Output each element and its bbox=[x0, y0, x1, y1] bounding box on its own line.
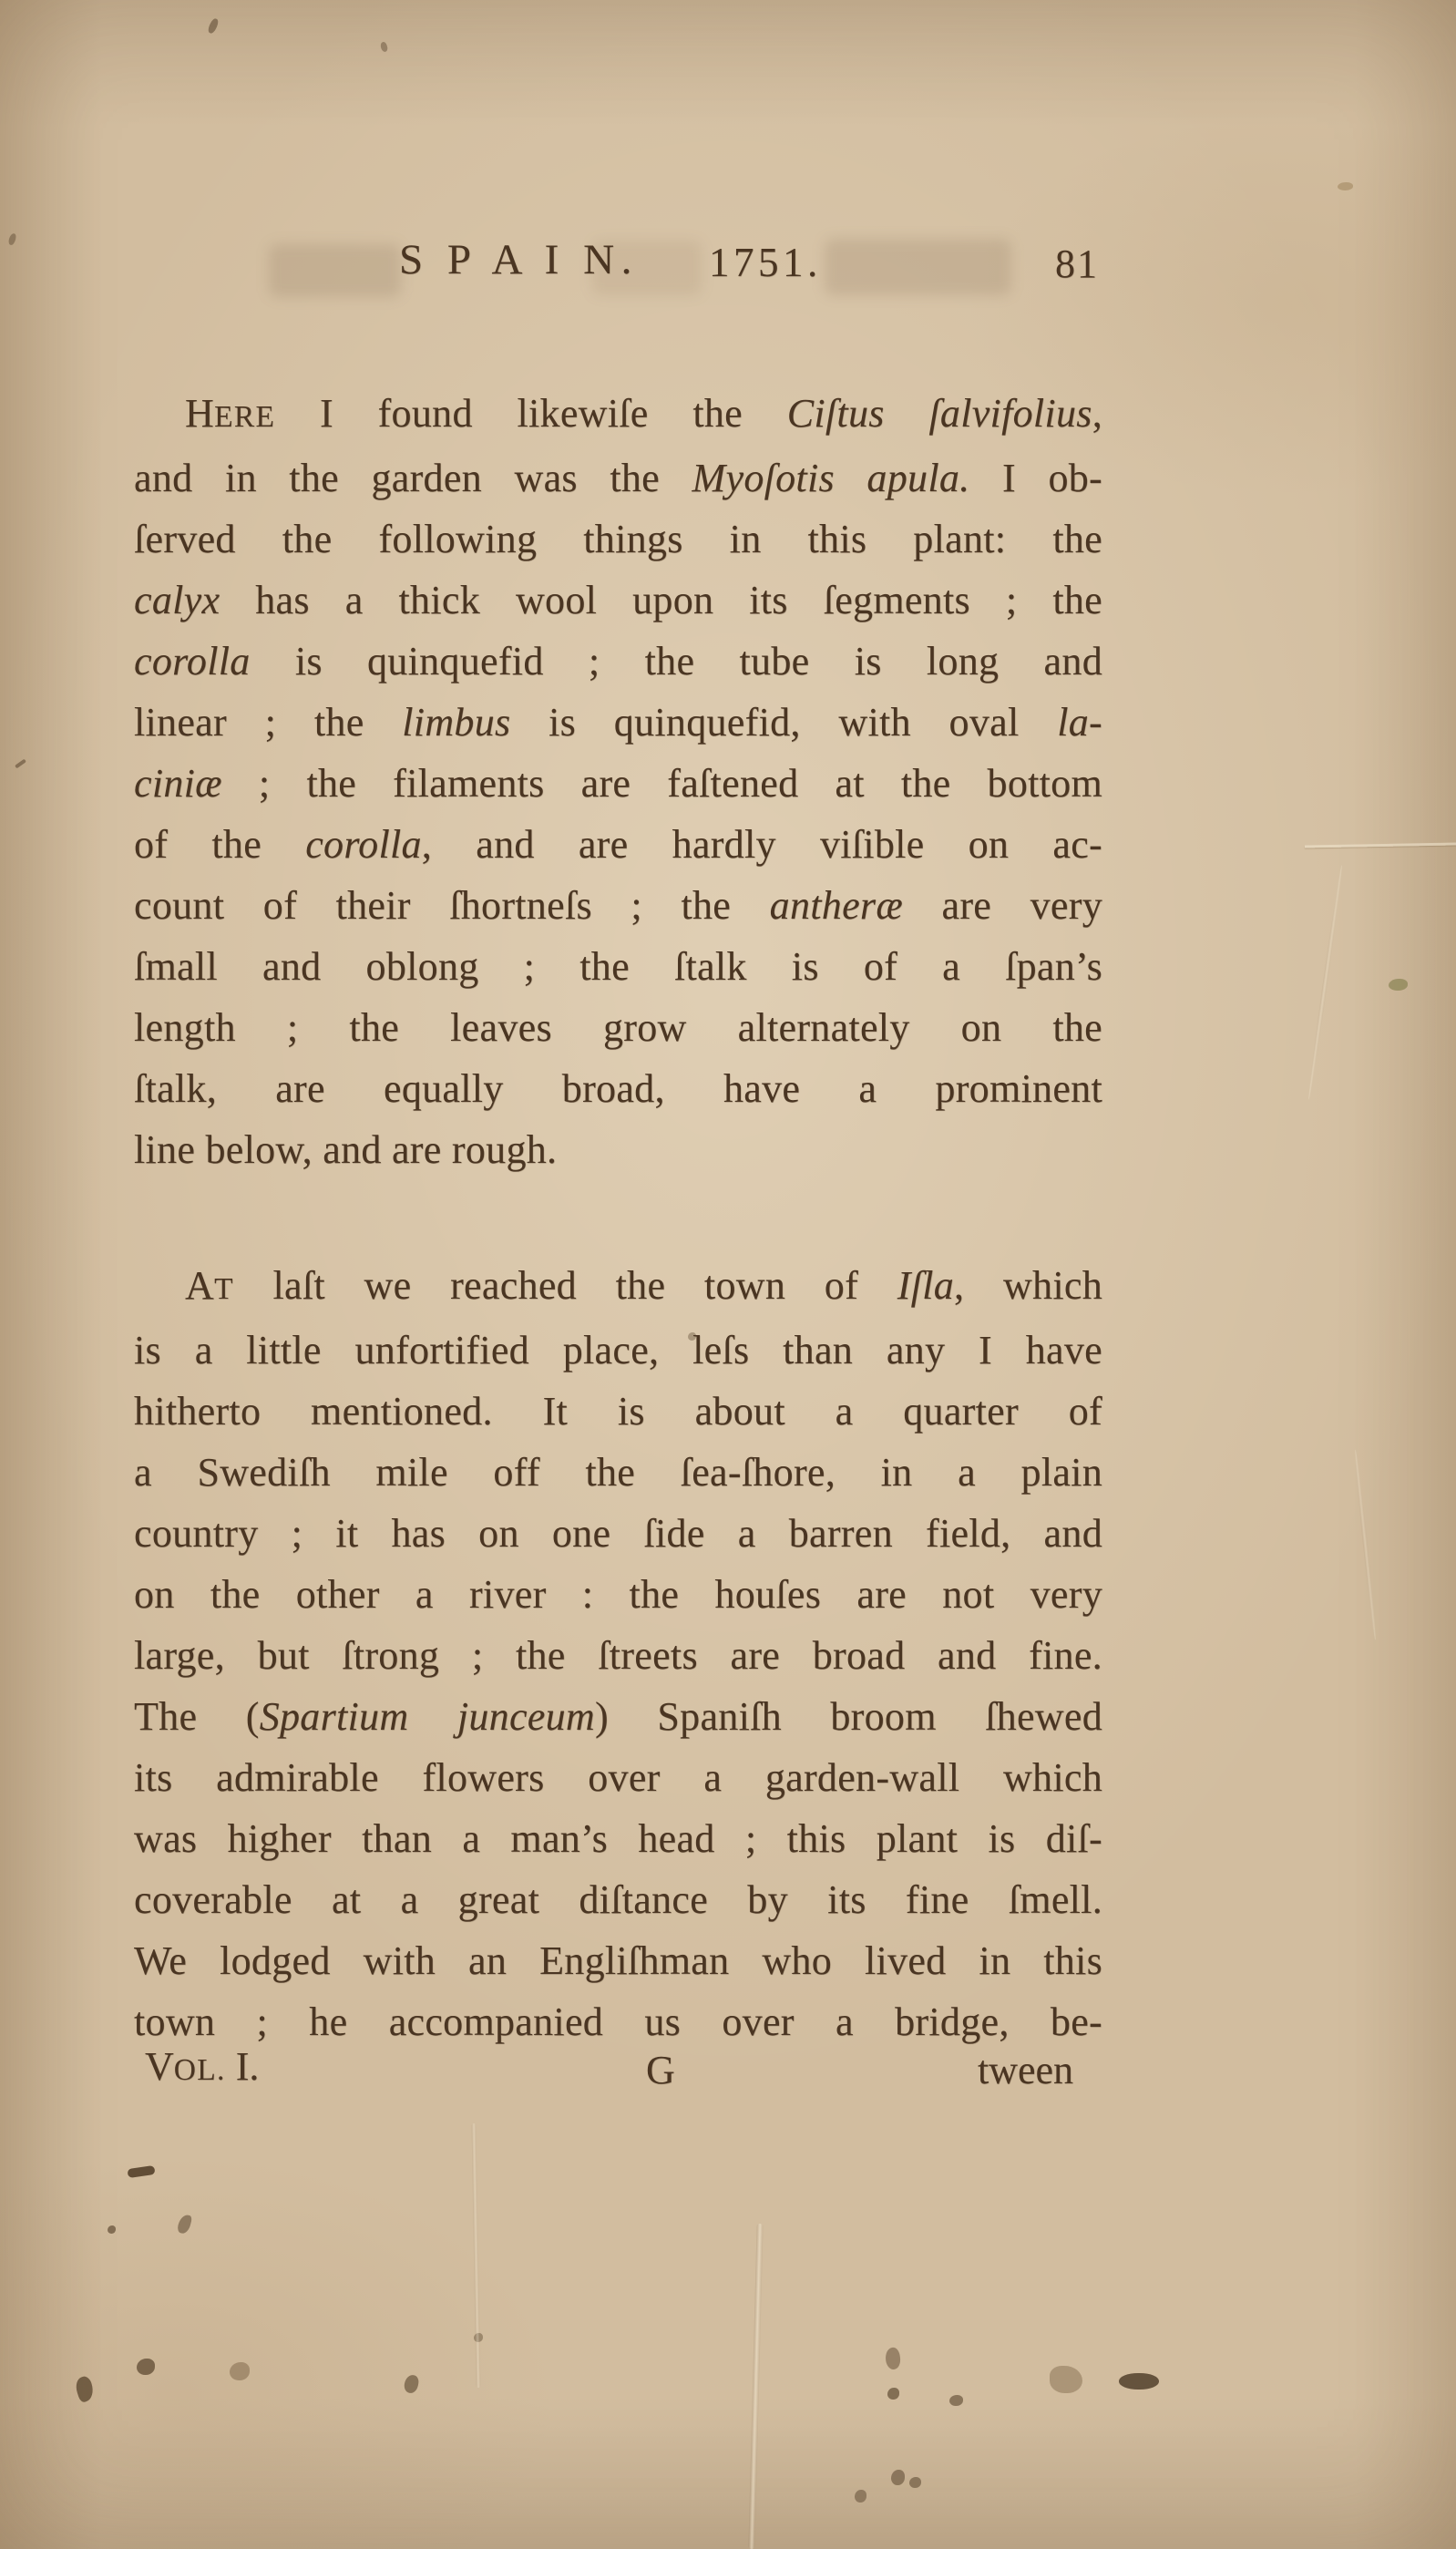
text-line: linear ; the limbus is quinquefid, with … bbox=[134, 692, 1102, 753]
italic-text-run: Myoſotis apula. bbox=[692, 456, 970, 500]
text-run: , and are hardly viſible on ac- bbox=[422, 822, 1102, 867]
paper-crease bbox=[1353, 1449, 1378, 1639]
ink-spot bbox=[230, 2362, 250, 2380]
text-run: , bbox=[1092, 391, 1102, 436]
smallcaps-text-run: T bbox=[214, 1272, 234, 1306]
paragraph: AT laſt we reached the town of Iſla, whi… bbox=[134, 1255, 1102, 2052]
text-line: and in the garden was the Myoſotis apula… bbox=[134, 447, 1102, 509]
text-run: V bbox=[145, 2044, 174, 2089]
text-run: line below, and are rough. bbox=[134, 1127, 557, 1172]
text-run: and in the garden was the bbox=[134, 456, 692, 500]
page-text: HERE I found likewiſe the Ciſtus ſalvifo… bbox=[134, 383, 1102, 2052]
text-run: ſmall and oblong ; the ſtalk is of a ſpa… bbox=[134, 944, 1102, 989]
text-run: has a thick wool upon its ſegments ; the bbox=[220, 578, 1102, 622]
text-run: I ob- bbox=[969, 456, 1102, 500]
ink-spot bbox=[177, 2214, 193, 2236]
text-line: of the corolla, and are hardly viſible o… bbox=[134, 814, 1102, 875]
ink-spot bbox=[909, 2477, 921, 2488]
text-line: ciniæ ; the filaments are faſtened at th… bbox=[134, 753, 1102, 814]
ink-spot bbox=[403, 2374, 419, 2394]
paper-crease bbox=[1307, 865, 1344, 1100]
text-line: is a little unfortified place, leſs than… bbox=[134, 1320, 1102, 1381]
text-run: linear ; the bbox=[134, 700, 402, 745]
ink-spot bbox=[884, 2347, 901, 2370]
paper-crease bbox=[748, 2224, 763, 2549]
ink-spot bbox=[688, 1332, 696, 1341]
paper-crease bbox=[471, 2123, 480, 2388]
text-line: its admirable flowers over a garden-wall… bbox=[134, 1747, 1102, 1808]
text-run: hitherto mentioned. It is about a quarte… bbox=[134, 1389, 1102, 1434]
text-line: ſerved the following things in this plan… bbox=[134, 509, 1102, 570]
text-line: The (Spartium junceum) Spaniſh broom ſhe… bbox=[134, 1686, 1102, 1747]
running-head-year: 1751. bbox=[709, 239, 822, 286]
text-run: is quinquefid ; the tube is long and bbox=[251, 639, 1102, 684]
text-line: AT laſt we reached the town of Iſla, whi… bbox=[134, 1255, 1102, 1320]
paper-scratch bbox=[1305, 843, 1456, 848]
ink-spot bbox=[1119, 2373, 1159, 2390]
text-line: corolla is quinquefid ; the tube is long… bbox=[134, 631, 1102, 692]
text-run: length ; the leaves grow alternately on … bbox=[134, 1005, 1102, 1050]
text-run: laſt we reached the town of bbox=[234, 1263, 897, 1308]
ink-spot bbox=[15, 759, 26, 769]
text-line: was higher than a man’s head ; this plan… bbox=[134, 1808, 1102, 1869]
text-run: ; the filaments are faſtened at the bott… bbox=[222, 761, 1102, 806]
text-line: length ; the leaves grow alternately on … bbox=[134, 997, 1102, 1058]
text-run: ſtalk, are equally broad, have a promine… bbox=[134, 1066, 1102, 1111]
italic-text-run: ciniæ bbox=[134, 761, 222, 806]
signature-mark: G bbox=[646, 2047, 675, 2093]
text-line: calyx has a thick wool upon its ſegments… bbox=[134, 570, 1102, 631]
text-run: large, but ſtrong ; the ſtreets are broa… bbox=[134, 1633, 1102, 1678]
text-run: was higher than a man’s head ; this plan… bbox=[134, 1816, 1102, 1861]
ink-spot bbox=[949, 2395, 963, 2406]
text-run: The ( bbox=[134, 1694, 260, 1739]
text-run: is a little unfortified place, leſs than… bbox=[134, 1328, 1102, 1372]
smallcaps-text-run: ERE bbox=[214, 400, 275, 434]
text-run: ſerved the following things in this plan… bbox=[134, 517, 1102, 561]
text-run: its admirable flowers over a garden-wall… bbox=[134, 1755, 1102, 1800]
volume-label: VOL. I. bbox=[145, 2043, 259, 2090]
text-line: large, but ſtrong ; the ſtreets are broa… bbox=[134, 1625, 1102, 1686]
ink-spot bbox=[379, 41, 388, 53]
text-line: count of their ſhortneſs ; the antheræ a… bbox=[134, 875, 1102, 936]
page-header: S P A I N. 1751. 81 bbox=[0, 235, 1456, 293]
text-run: ) Spaniſh broom ſhewed bbox=[595, 1694, 1102, 1739]
text-run: town ; he accompanied us over a bridge, … bbox=[134, 1999, 1102, 2044]
book-page: S P A I N. 1751. 81 HERE I found likewiſ… bbox=[0, 0, 1456, 2549]
text-run: H bbox=[185, 391, 214, 436]
text-line: line below, and are rough. bbox=[134, 1119, 1102, 1180]
italic-text-run: Spartium junceum bbox=[260, 1694, 595, 1739]
text-run: of the bbox=[134, 822, 305, 867]
ink-spot bbox=[887, 2388, 899, 2400]
text-run: are very bbox=[903, 883, 1102, 928]
paragraph: HERE I found likewiſe the Ciſtus ſalvifo… bbox=[134, 383, 1102, 1180]
italic-text-run: corolla bbox=[305, 822, 422, 867]
text-run: count of their ſhortneſs ; the bbox=[134, 883, 770, 928]
ink-spot bbox=[127, 2165, 155, 2178]
ink-spot bbox=[1338, 182, 1353, 190]
text-line: ſtalk, are equally broad, have a promine… bbox=[134, 1058, 1102, 1119]
text-run: I. bbox=[226, 2044, 260, 2089]
ink-spot bbox=[73, 2375, 96, 2403]
italic-text-run: antheræ bbox=[770, 883, 903, 928]
ink-spot bbox=[855, 2490, 866, 2503]
ink-spot bbox=[207, 17, 220, 35]
italic-text-run: la- bbox=[1057, 700, 1102, 745]
italic-text-run: corolla bbox=[134, 639, 251, 684]
ink-spot bbox=[108, 2225, 116, 2234]
text-line: hitherto mentioned. It is about a quarte… bbox=[134, 1381, 1102, 1442]
ink-spot bbox=[137, 2359, 155, 2375]
text-line: a Swediſh mile off the ſea-ſhore, in a p… bbox=[134, 1442, 1102, 1503]
running-title: S P A I N. bbox=[399, 235, 639, 284]
text-run: is quinquefid, with oval bbox=[510, 700, 1057, 745]
text-run: , which bbox=[954, 1263, 1102, 1308]
ink-spot bbox=[1389, 979, 1408, 991]
smallcaps-text-run: OL. bbox=[174, 2053, 226, 2087]
text-run: coverable at a great diſtance by its fin… bbox=[134, 1877, 1102, 1922]
text-run: a Swediſh mile off the ſea-ſhore, in a p… bbox=[134, 1450, 1102, 1495]
italic-text-run: calyx bbox=[134, 578, 220, 622]
catchword: tween bbox=[978, 2047, 1073, 2093]
text-run: country ; it has on one ſide a barren fi… bbox=[134, 1511, 1102, 1556]
italic-text-run: Ciſtus ſalvifolius bbox=[787, 391, 1092, 436]
page-number: 81 bbox=[1055, 241, 1099, 287]
text-line: country ; it has on one ſide a barren fi… bbox=[134, 1503, 1102, 1564]
page-footer: VOL. I. G tween bbox=[134, 2043, 1102, 2107]
text-run: I found likewiſe the bbox=[275, 391, 787, 436]
ink-spot bbox=[891, 2470, 905, 2485]
italic-text-run: limbus bbox=[402, 700, 510, 745]
italic-text-run: Iſla bbox=[897, 1263, 954, 1308]
text-line: on the other a river : the houſes are no… bbox=[134, 1564, 1102, 1625]
text-line: coverable at a great diſtance by its fin… bbox=[134, 1869, 1102, 1930]
text-run: We lodged with an Engliſhman who lived i… bbox=[134, 1938, 1102, 1983]
text-run: A bbox=[185, 1263, 214, 1308]
text-line: HERE I found likewiſe the Ciſtus ſalvifo… bbox=[134, 383, 1102, 447]
ink-spot bbox=[1050, 2366, 1082, 2393]
text-run: on the other a river : the houſes are no… bbox=[134, 1572, 1102, 1617]
text-line: ſmall and oblong ; the ſtalk is of a ſpa… bbox=[134, 936, 1102, 997]
text-line: We lodged with an Engliſhman who lived i… bbox=[134, 1930, 1102, 1991]
